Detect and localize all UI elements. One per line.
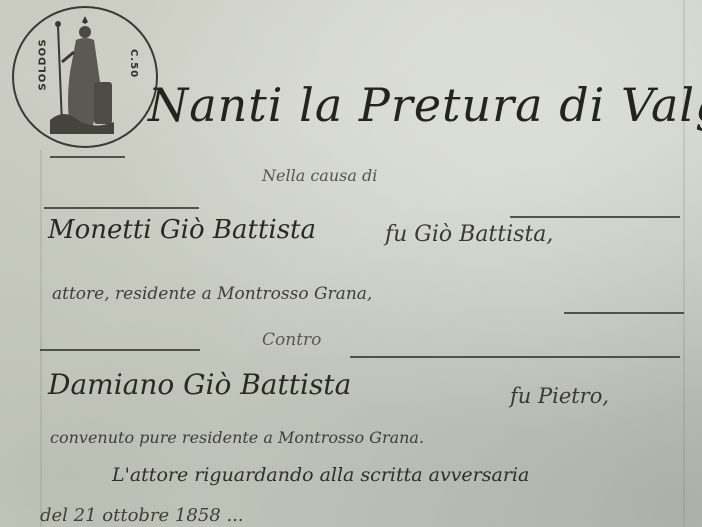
rule-before-name1 — [44, 207, 199, 209]
line-plaintiff-name: Monetti Giò Battista — [48, 215, 316, 245]
line-date: del 21 ottobre 1858 ... — [40, 505, 244, 526]
line-defendant-father: fu Pietro, — [510, 384, 609, 408]
revenue-stamp: SOLDOS C.50 — [12, 6, 158, 148]
rule-after-attore — [564, 312, 684, 314]
rule-after-nella — [510, 216, 680, 218]
rule-after-contro — [350, 356, 680, 358]
line-plaintiff-residence: attore, residente a Montrosso Grana, — [52, 284, 372, 304]
allegorical-figure-icon — [44, 12, 124, 140]
line-body-start: L'attore riguardando alla scritta avvers… — [112, 464, 529, 486]
line-defendant-residence: convenuto pure residente a Montrosso Gra… — [50, 428, 424, 447]
rule-before-contro — [40, 349, 200, 351]
document-heading: Nanti la Pretura di Valgrana — [148, 78, 702, 132]
margin-fold-left — [40, 150, 42, 527]
line-defendant-name: Damiano Giò Battista — [48, 368, 351, 401]
stamp-value-text: C.50 — [128, 49, 139, 78]
rule-under-stamp — [50, 156, 125, 158]
line-contro: Contro — [262, 330, 321, 350]
line-nella-causa: Nella causa di — [262, 166, 377, 185]
line-plaintiff-father: fu Giò Battista, — [385, 222, 553, 247]
